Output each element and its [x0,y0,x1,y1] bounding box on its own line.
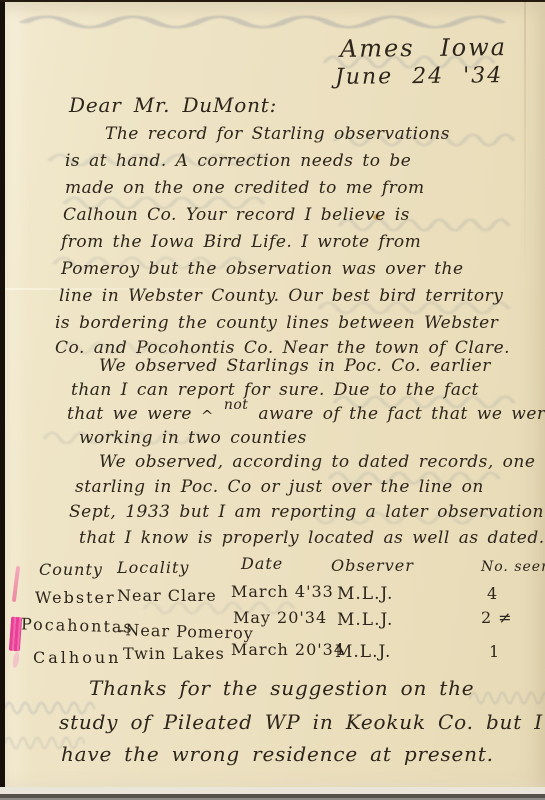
cell-no-seen: 4 [487,586,498,602]
letter-line-with-insertion: that we were ^ not aware of the fact tha… [67,406,545,423]
letter-line: that I know is properly located as well … [79,530,545,547]
letter-line: starling in Poc. Co or just over the lin… [75,479,484,496]
table-header-date: Date [241,556,283,572]
letter-line: Thanks for the suggestion on the [89,678,474,698]
table-header-observer: Observer [331,558,414,574]
letter-line: than I can report for sure. Due to the f… [71,382,479,399]
letter-line: Sept, 1933 but I am reporting a later ob… [69,504,544,521]
letter-line: from the Iowa Bird Life. I wrote from [61,234,421,251]
insertion-after-text: aware of the fact that we were [258,404,545,424]
salutation: Dear Mr. DuMont: [69,95,277,115]
paper-fold-crease-vertical [524,2,526,272]
cell-locality: Twin Lakes [123,646,225,662]
letter-line: is at hand. A correction needs to be [65,153,411,170]
cell-date: March 4'33 [231,584,334,600]
cell-observer: M.L.J. [337,586,393,603]
cell-observer: M.L.J. [335,644,391,661]
cell-county: Pocahontas [21,616,134,635]
table-header-locality: Locality [117,560,189,576]
table-header-county: County [39,562,103,578]
cell-county: Webster [35,590,116,606]
cell-no-seen: 2 ≠ [481,610,513,626]
letter-paper: Ames Iowa June 24 '34 Dear Mr. DuMont: T… [5,2,545,787]
cell-county: Calhoun [33,650,121,666]
letter-line: study of Pileated WP in Keokuk Co. but I [59,712,543,732]
caret-mark: ^ [201,409,214,424]
cell-observer: M.L.J. [337,612,393,629]
letter-line: made on the one credited to me from [65,180,425,197]
cell-no-seen: 1 [489,644,500,660]
letter-line: Calhoun Co. Your record I believe is [63,207,410,224]
cell-date: March 20'34 [231,642,345,658]
letter-line: We observed Starlings in Poc. Co. earlie… [99,358,491,375]
scan-top-edge [0,0,545,2]
paper-bottom-edge [0,787,545,794]
inserted-word: not [224,398,249,412]
table-header-no-seen: No. seen [481,560,545,574]
letter-line: The record for Starling observations [105,126,450,143]
insertion-before-text: that we were [67,404,192,424]
letter-line: Pomeroy but the observation was over the [61,261,464,278]
cell-date: May 20'34 [233,610,327,626]
letter-line: We observed, according to dated records,… [99,454,535,471]
letter-line: line in Webster County. Our best bird te… [59,288,503,305]
dateline-place: Ames Iowa [340,35,507,61]
dateline-date: June 24 '34 [335,65,503,89]
letter-line: Co. and Pocohontis Co. Near the town of … [55,340,510,357]
letter-line: working in two counties [79,430,307,447]
pink-margin-mark [12,566,20,602]
scanned-letter-page: Ames Iowa June 24 '34 Dear Mr. DuMont: T… [0,0,545,800]
letter-line: is bordering the county lines between We… [55,315,498,332]
magenta-margin-mark [9,617,22,652]
pink-margin-smudge [12,652,21,669]
cell-locality: Near Clare [117,588,217,604]
letter-line: have the wrong residence at present. [61,744,494,764]
